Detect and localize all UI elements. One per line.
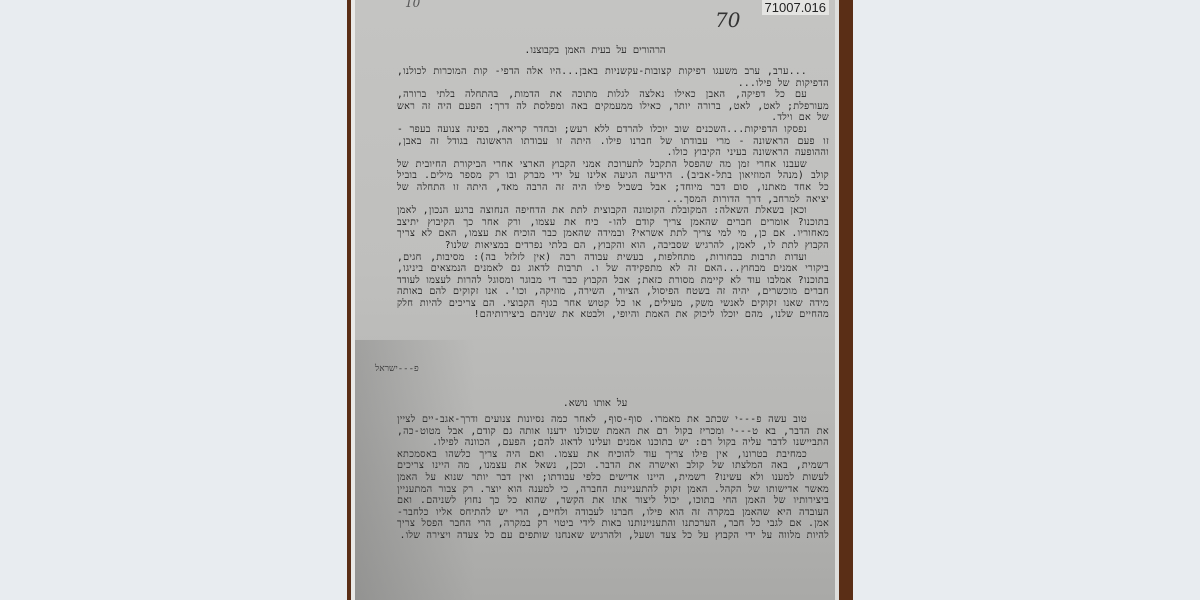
paragraph: ...ערב, ערב משעגו דפיקות קצובות-עקשניות … <box>397 66 829 89</box>
article-2-body: טוב עשה פ---י שכתב את מאמרו. סוף-סוף, לא… <box>397 414 829 542</box>
handwritten-page-mark: 10 <box>405 0 420 10</box>
handwritten-number: 70 <box>715 8 740 32</box>
document-photo: 71007.016 10 70 ? עלון ושפים הרהורים על … <box>347 0 853 600</box>
paragraph: וכאן בשאלת השאלה: המקובלת הקומונה הקבוצי… <box>397 205 829 251</box>
paragraph: שעבנו אחרי זמן מה שהפסל התקבל לתערוכת אמ… <box>397 159 829 205</box>
paragraph: ועדות תרבות בבחורות, מתחלפות, בעשית עבוד… <box>397 252 829 322</box>
paragraph: כמחיבת בטרונו, אין פילו צריך עוד להוכיח … <box>397 449 829 542</box>
article-1-signature: פ---ישראל <box>375 363 419 374</box>
paragraph: עם כל דפיקה, האבן כאילו נאלצה לגלות מתוכ… <box>397 89 829 124</box>
paragraph: נפסקו הדפיקות...השכנים שוב יוכלו להרדם ל… <box>397 124 829 159</box>
paragraph: טוב עשה פ---י שכתב את מאמרו. סוף-סוף, לא… <box>397 414 829 449</box>
article-1-title: הרהורים על בעית האמן בקבוצנו. <box>355 45 835 56</box>
archive-id-stamp: 71007.016 <box>762 0 829 15</box>
article-2-title: על אותו נושא. <box>355 398 835 409</box>
typewritten-page: 71007.016 10 70 ? עלון ושפים הרהורים על … <box>351 0 839 600</box>
article-1-body: ...ערב, ערב משעגו דפיקות קצובות-עקשניות … <box>397 66 829 321</box>
